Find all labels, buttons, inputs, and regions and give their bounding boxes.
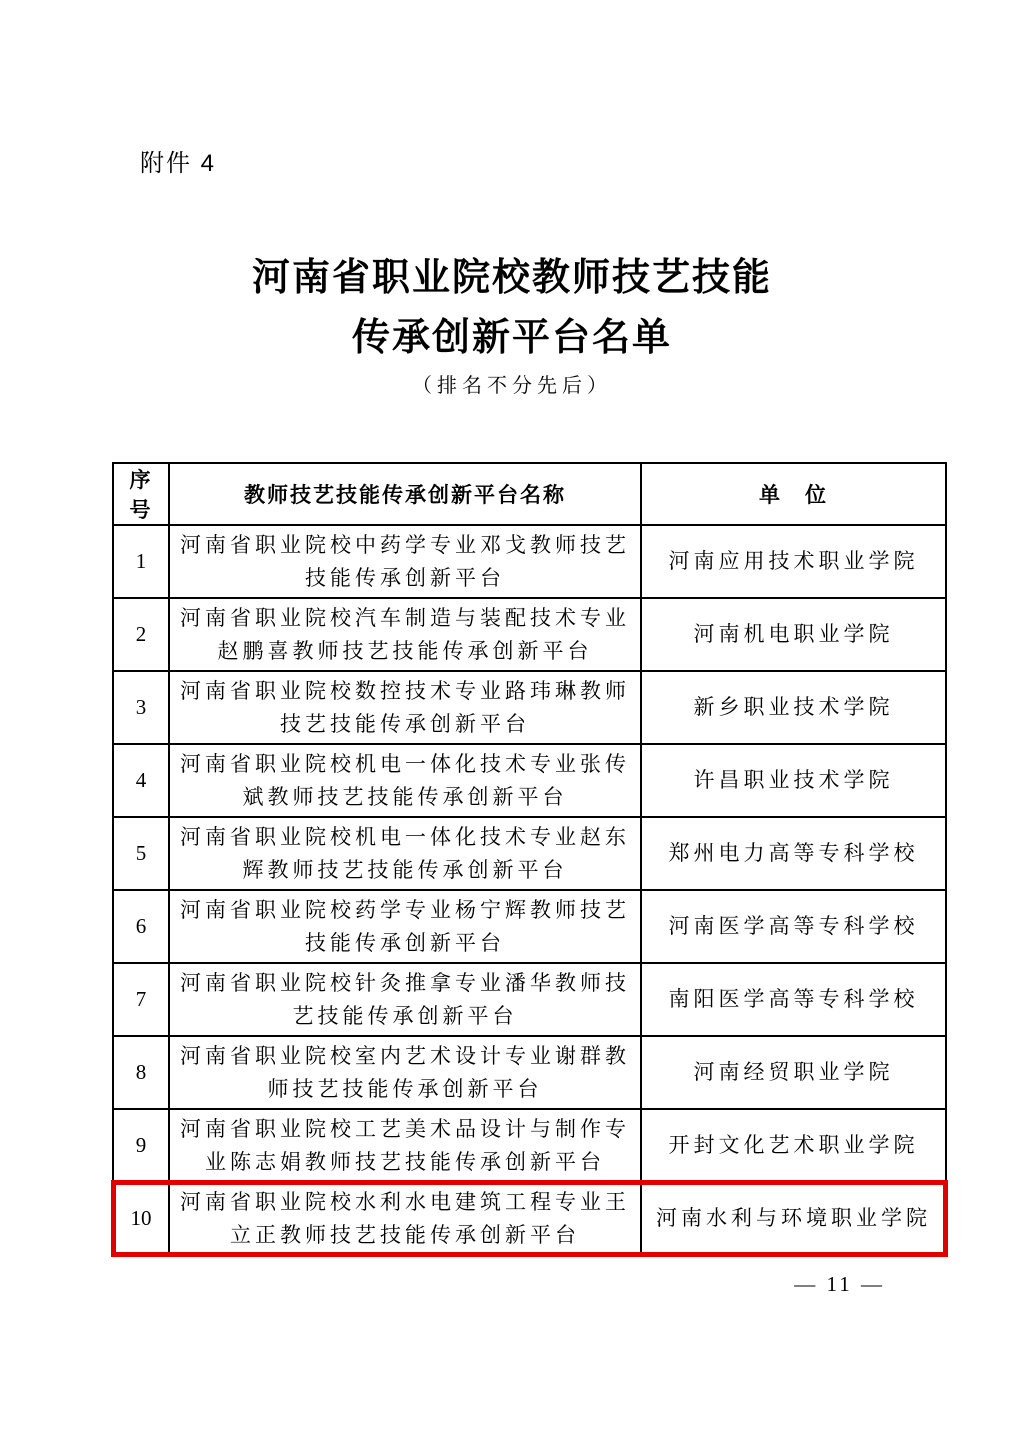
- unit-name: 新乡职业技术学院: [641, 671, 946, 744]
- table-row: 2 河南省职业院校汽车制造与装配技术专业赵鹏喜教师技艺技能传承创新平台 河南机电…: [113, 598, 946, 671]
- table-row: 5 河南省职业院校机电一体化技术专业赵东辉教师技艺技能传承创新平台 郑州电力高等…: [113, 817, 946, 890]
- row-index: 3: [113, 671, 169, 744]
- header-index: 序号: [113, 463, 169, 525]
- unit-name: 许昌职业技术学院: [641, 744, 946, 817]
- table-row: 8 河南省职业院校室内艺术设计专业谢群教师技艺技能传承创新平台 河南经贸职业学院: [113, 1036, 946, 1109]
- row-index: 6: [113, 890, 169, 963]
- row-index: 10: [113, 1182, 169, 1255]
- page-number: — 11 —: [794, 1272, 885, 1297]
- attachment-label: 附件 4: [140, 143, 216, 178]
- row-index: 9: [113, 1109, 169, 1182]
- unit-name: 河南应用技术职业学院: [641, 525, 946, 598]
- platform-name: 河南省职业院校汽车制造与装配技术专业赵鹏喜教师技艺技能传承创新平台: [169, 598, 641, 671]
- platform-name: 河南省职业院校机电一体化技术专业张传斌教师技艺技能传承创新平台: [169, 744, 641, 817]
- table-row: 7 河南省职业院校针灸推拿专业潘华教师技艺技能传承创新平台 南阳医学高等专科学校: [113, 963, 946, 1036]
- document-subtitle: （排名不分先后）: [0, 369, 1024, 398]
- row-index: 2: [113, 598, 169, 671]
- document-title-line2: 传承创新平台名单: [0, 306, 1024, 361]
- unit-name: 郑州电力高等专科学校: [641, 817, 946, 890]
- table-row: 6 河南省职业院校药学专业杨宁辉教师技艺技能传承创新平台 河南医学高等专科学校: [113, 890, 946, 963]
- header-unit: 单 位: [641, 463, 946, 525]
- table-header: 序号 教师技艺技能传承创新平台名称 单 位: [113, 463, 946, 525]
- platform-name: 河南省职业院校药学专业杨宁辉教师技艺技能传承创新平台: [169, 890, 641, 963]
- row-index: 1: [113, 525, 169, 598]
- row-index: 4: [113, 744, 169, 817]
- document-title-line1: 河南省职业院校教师技艺技能: [0, 246, 1024, 301]
- table-row-highlighted: 10 河南省职业院校水利水电建筑工程专业王立正教师技艺技能传承创新平台 河南水利…: [113, 1182, 946, 1255]
- unit-name: 河南医学高等专科学校: [641, 890, 946, 963]
- unit-name: 河南水利与环境职业学院: [641, 1182, 946, 1255]
- unit-name: 南阳医学高等专科学校: [641, 963, 946, 1036]
- table-body: 1 河南省职业院校中药学专业邓戈教师技艺技能传承创新平台 河南应用技术职业学院 …: [113, 525, 946, 1255]
- platform-name: 河南省职业院校数控技术专业路玮琳教师技艺技能传承创新平台: [169, 671, 641, 744]
- platform-name: 河南省职业院校工艺美术品设计与制作专业陈志娟教师技艺技能传承创新平台: [169, 1109, 641, 1182]
- document-page: 附件 4 河南省职业院校教师技艺技能 传承创新平台名单 （排名不分先后） 序号 …: [0, 0, 1024, 1448]
- header-platform-name: 教师技艺技能传承创新平台名称: [169, 463, 641, 525]
- table-row: 1 河南省职业院校中药学专业邓戈教师技艺技能传承创新平台 河南应用技术职业学院: [113, 525, 946, 598]
- platform-name: 河南省职业院校水利水电建筑工程专业王立正教师技艺技能传承创新平台: [169, 1182, 641, 1255]
- unit-name: 开封文化艺术职业学院: [641, 1109, 946, 1182]
- unit-name: 河南机电职业学院: [641, 598, 946, 671]
- header-row: 序号 教师技艺技能传承创新平台名称 单 位: [113, 463, 946, 525]
- platform-name: 河南省职业院校机电一体化技术专业赵东辉教师技艺技能传承创新平台: [169, 817, 641, 890]
- unit-name: 河南经贸职业学院: [641, 1036, 946, 1109]
- table-row: 9 河南省职业院校工艺美术品设计与制作专业陈志娟教师技艺技能传承创新平台 开封文…: [113, 1109, 946, 1182]
- platform-name: 河南省职业院校针灸推拿专业潘华教师技艺技能传承创新平台: [169, 963, 641, 1036]
- platform-table: 序号 教师技艺技能传承创新平台名称 单 位 1 河南省职业院校中药学专业邓戈教师…: [112, 462, 947, 1256]
- row-index: 5: [113, 817, 169, 890]
- table-row: 3 河南省职业院校数控技术专业路玮琳教师技艺技能传承创新平台 新乡职业技术学院: [113, 671, 946, 744]
- platform-name: 河南省职业院校室内艺术设计专业谢群教师技艺技能传承创新平台: [169, 1036, 641, 1109]
- platform-name: 河南省职业院校中药学专业邓戈教师技艺技能传承创新平台: [169, 525, 641, 598]
- row-index: 7: [113, 963, 169, 1036]
- row-index: 8: [113, 1036, 169, 1109]
- table-row: 4 河南省职业院校机电一体化技术专业张传斌教师技艺技能传承创新平台 许昌职业技术…: [113, 744, 946, 817]
